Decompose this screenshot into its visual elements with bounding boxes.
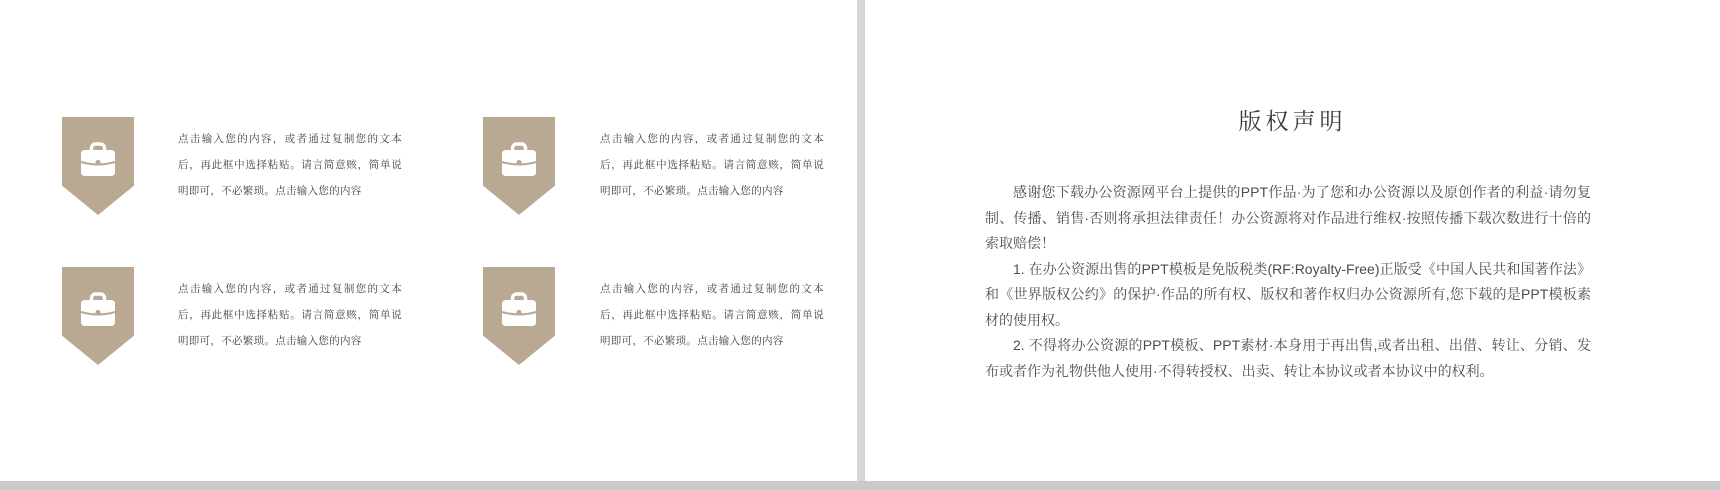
- copyright-paragraph-2: 1. 在办公资源出售的PPT模板是免版税类(RF:Royalty-Free)正版…: [985, 257, 1591, 334]
- briefcase-icon: [499, 142, 539, 180]
- pennant-badge: [483, 267, 555, 365]
- slide-page-right[interactable]: 版权声明 感谢您下载办公资源网平台上提供的PPT作品·为了您和办公资源以及原创作…: [865, 0, 1720, 481]
- horizontal-scrollbar[interactable]: [0, 481, 1720, 490]
- briefcase-icon: [499, 292, 539, 330]
- copyright-body: 感谢您下载办公资源网平台上提供的PPT作品·为了您和办公资源以及原创作者的利益·…: [985, 180, 1591, 384]
- copyright-title: 版权声明: [865, 103, 1720, 136]
- slide-page-left[interactable]: 点击输入您的内容，或者通过复制您的文本后，再此框中选择粘贴。请言简意赅，简单说明…: [0, 0, 857, 481]
- item-body-text: 点击输入您的内容，或者通过复制您的文本后，再此框中选择粘贴。请言简意赅，简单说明…: [600, 126, 824, 204]
- pennant-badge: [62, 267, 134, 365]
- item-body-text: 点击输入您的内容，或者通过复制您的文本后，再此框中选择粘贴。请言简意赅，简单说明…: [178, 126, 402, 204]
- pennant-badge: [62, 117, 134, 215]
- pennant-badge: [483, 117, 555, 215]
- briefcase-icon: [78, 142, 118, 180]
- page-divider: [857, 0, 865, 481]
- slide-preview-stage: Hi小淘，淘你想淘！ Hi小淘，淘你想淘！ Hi小淘，淘你想淘！ Hi小淘，淘你…: [0, 0, 1720, 490]
- copyright-paragraph-1: 感谢您下载办公资源网平台上提供的PPT作品·为了您和办公资源以及原创作者的利益·…: [985, 180, 1591, 257]
- copyright-paragraph-3: 2. 不得将办公资源的PPT模板、PPT素材·本身用于再出售,或者出租、出借、转…: [985, 333, 1591, 384]
- briefcase-icon: [78, 292, 118, 330]
- item-body-text: 点击输入您的内容，或者通过复制您的文本后，再此框中选择粘贴。请言简意赅，简单说明…: [600, 276, 824, 354]
- item-body-text: 点击输入您的内容，或者通过复制您的文本后，再此框中选择粘贴。请言简意赅，简单说明…: [178, 276, 402, 354]
